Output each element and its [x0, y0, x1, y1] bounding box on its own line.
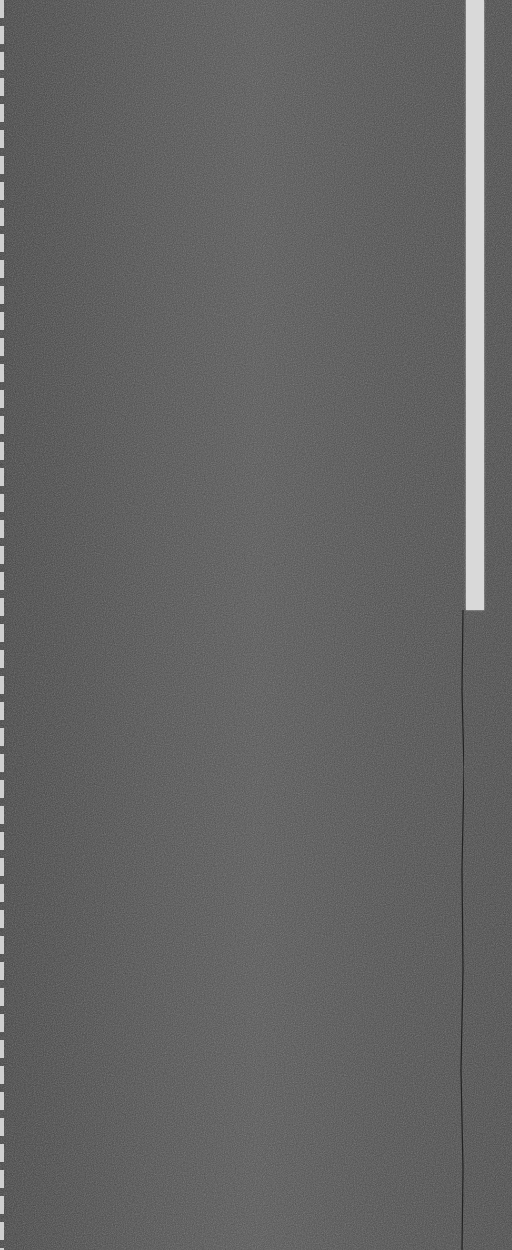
asphalt-texture	[0, 0, 512, 1250]
pavement-crack	[460, 610, 464, 1250]
asphalt-road	[0, 0, 512, 1250]
dashed-edge-marking	[0, 0, 4, 1250]
solid-lane-line	[466, 0, 484, 610]
